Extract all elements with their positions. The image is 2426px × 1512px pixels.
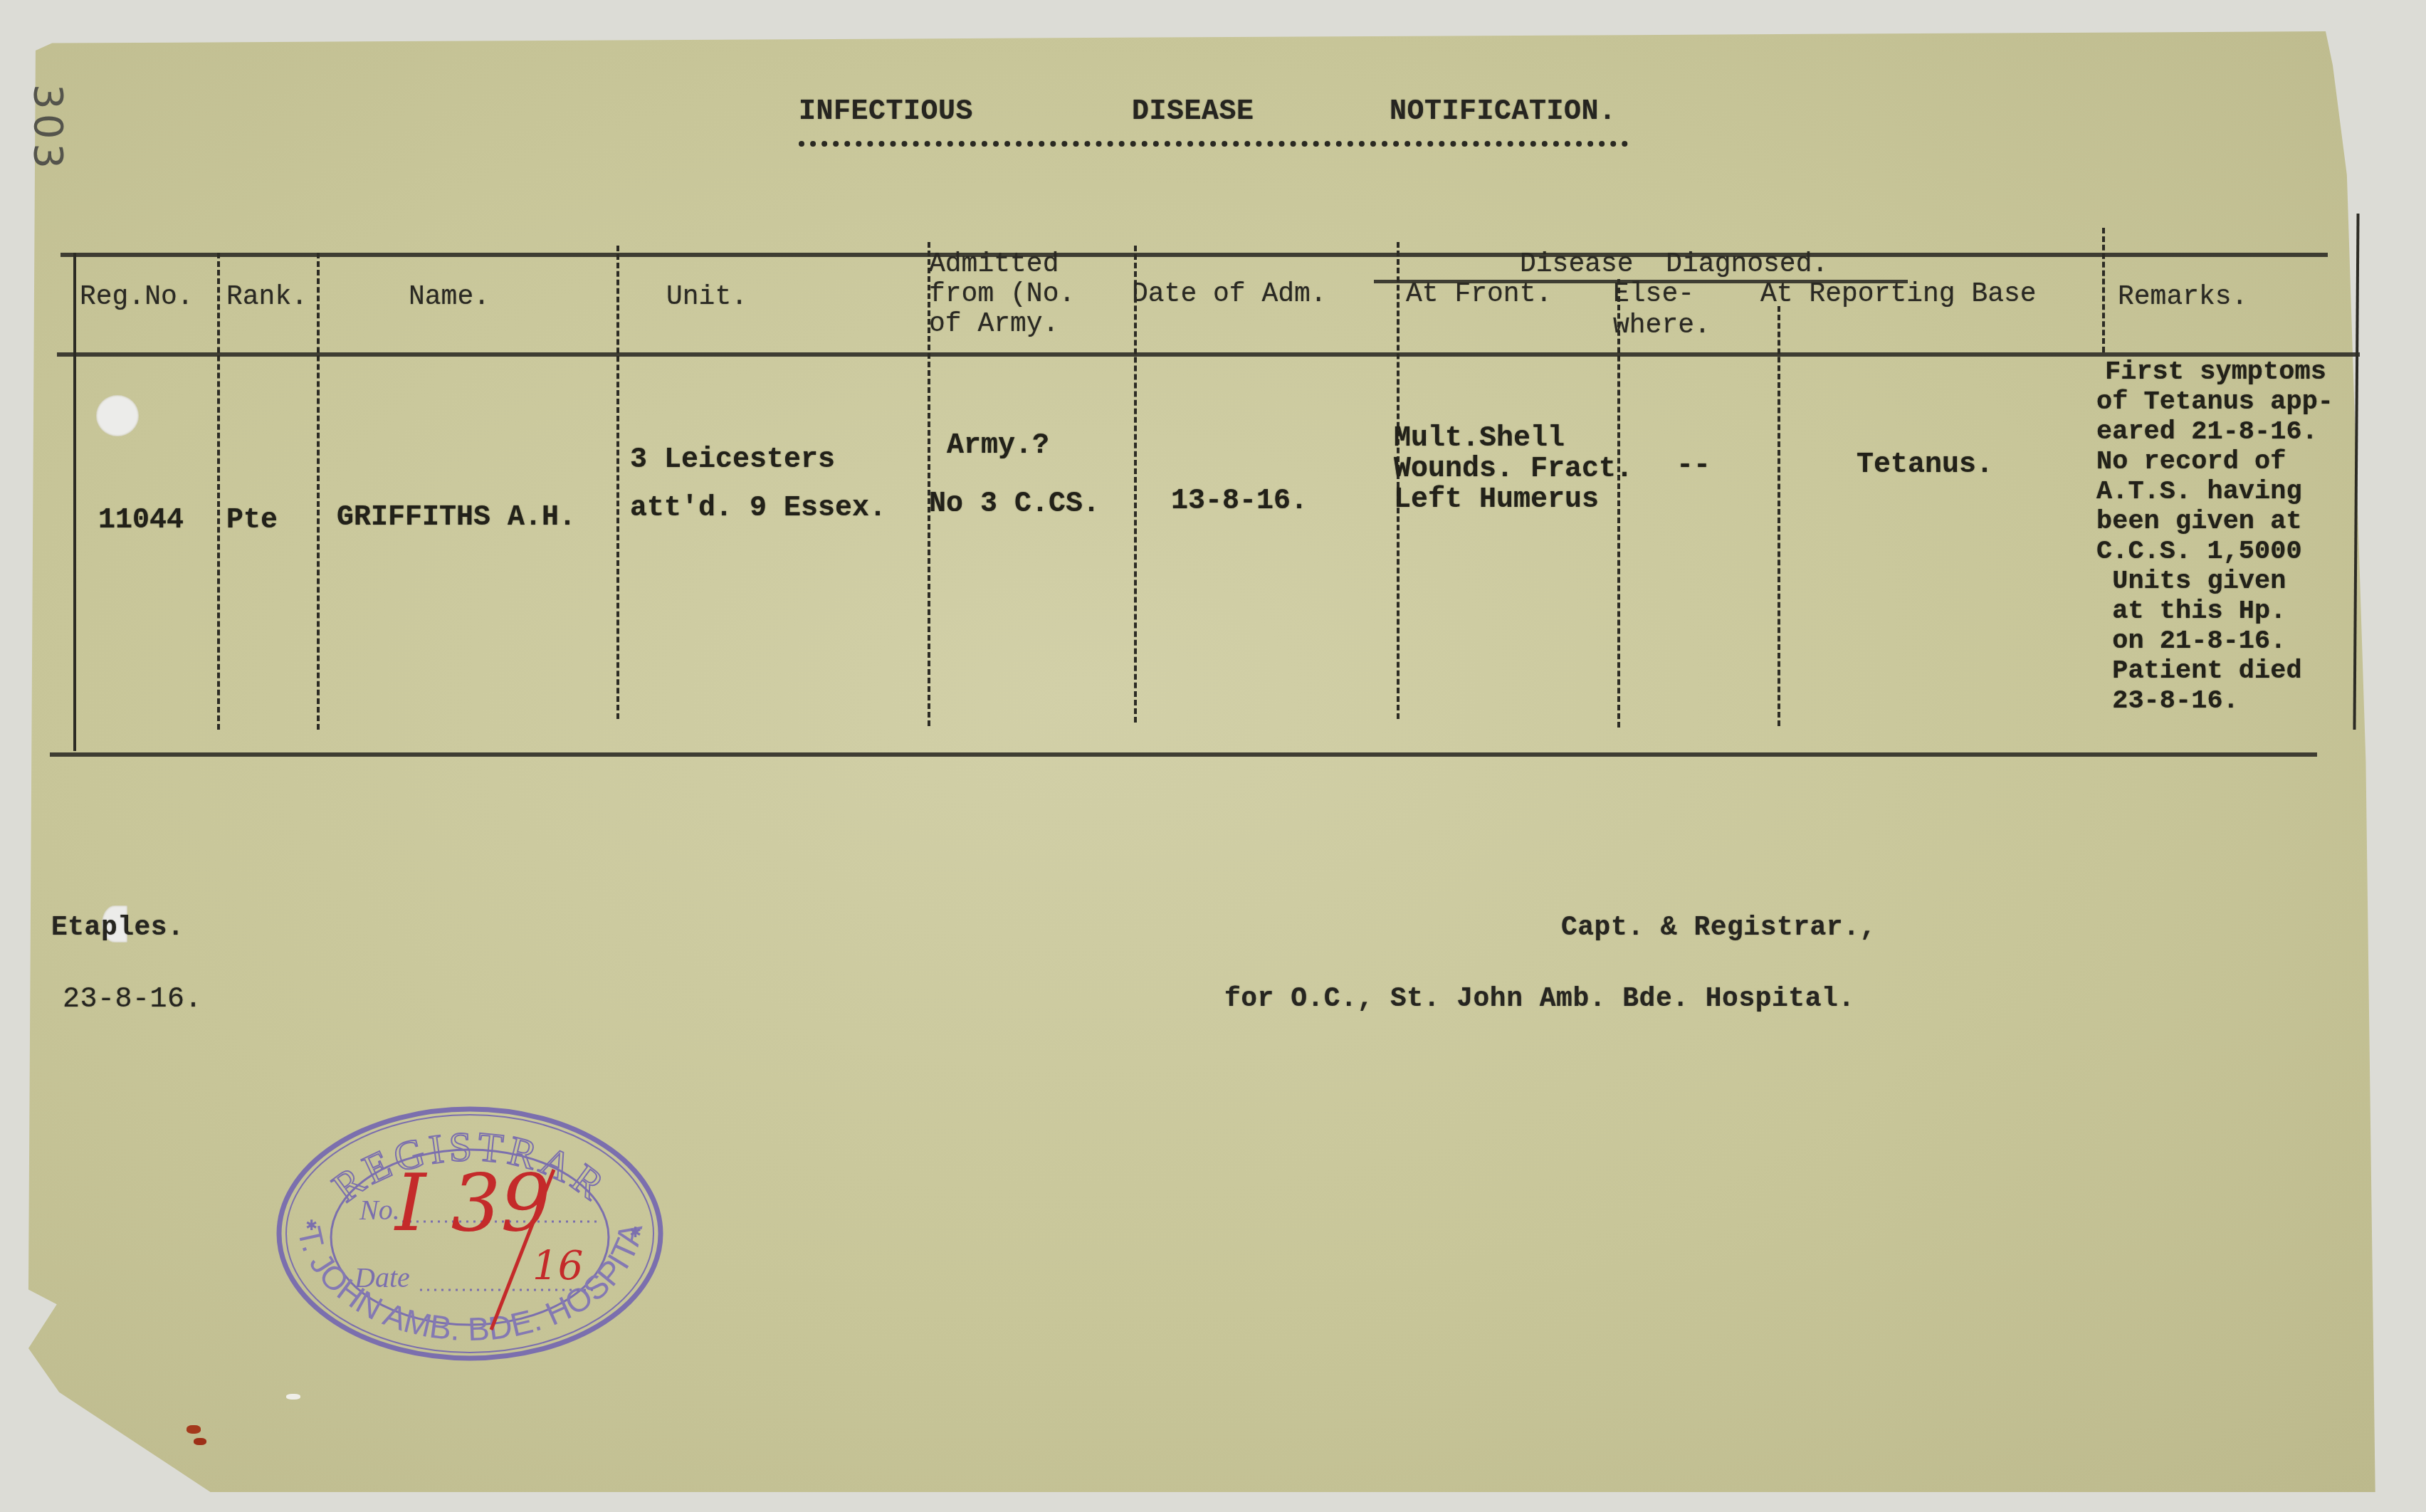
header-name: Name. bbox=[409, 282, 490, 313]
col-divider bbox=[317, 253, 320, 730]
footer-place: Etaples. bbox=[51, 915, 184, 942]
svg-text:✱: ✱ bbox=[630, 1222, 641, 1243]
col-divider bbox=[2102, 228, 2105, 352]
header-unit: Unit. bbox=[666, 282, 747, 313]
table-left-border bbox=[73, 253, 76, 751]
title-word-notification: NOTIFICATION. bbox=[1390, 98, 1617, 127]
col-divider bbox=[1778, 306, 1780, 726]
punch-hole bbox=[96, 395, 139, 436]
cell-reg-no: 11044 bbox=[98, 505, 184, 536]
header-remarks: Remarks. bbox=[2118, 282, 2247, 313]
header-bottom-rule bbox=[57, 352, 2360, 357]
handwritten-register-number: I 39 bbox=[395, 1157, 550, 1249]
rust-stain bbox=[187, 1425, 201, 1434]
cell-rank: Pte bbox=[226, 505, 278, 536]
header-date-of-adm: Date of Adm. bbox=[1132, 279, 1327, 310]
col-divider bbox=[1617, 279, 1620, 728]
header-reg-no: Reg.No. bbox=[80, 282, 194, 313]
header-disease-diagnosed: Disease Diagnosed. bbox=[1520, 249, 1828, 280]
footer-date: 23-8-16. bbox=[63, 986, 202, 1014]
title-underline bbox=[799, 141, 1628, 147]
cell-at-reporting-base: Tetanus. bbox=[1857, 450, 1993, 481]
handwritten-register-year: 16 bbox=[532, 1243, 583, 1289]
registrar-stamp: REGISTRAR ST. JOHN AMB. BDE. HOSPITAL ✱ … bbox=[271, 1102, 669, 1365]
title-word-infectious: INFECTIOUS bbox=[799, 98, 973, 127]
svg-text:✱: ✱ bbox=[306, 1214, 317, 1236]
signatory-for: for O.C., St. John Amb. Bde. Hospital. bbox=[1224, 986, 1855, 1013]
paper-tear bbox=[286, 1394, 300, 1400]
cell-elsewhere: -- bbox=[1676, 451, 1711, 481]
header-at-reporting-base: At Reporting Base bbox=[1760, 279, 2037, 310]
col-divider bbox=[1134, 246, 1137, 723]
title-word-disease: DISEASE bbox=[1132, 98, 1254, 127]
handwritten-archive-number: 303 bbox=[25, 84, 71, 173]
table-top-rule bbox=[61, 253, 2328, 257]
rust-stain bbox=[194, 1438, 206, 1445]
col-divider bbox=[217, 253, 220, 730]
header-rank: Rank. bbox=[226, 282, 308, 313]
header-at-front: At Front. bbox=[1406, 279, 1552, 310]
cell-date-of-adm: 13-8-16. bbox=[1171, 486, 1308, 517]
cell-name: GRIFFITHS A.H. bbox=[337, 503, 576, 533]
col-divider bbox=[616, 246, 619, 719]
svg-text:No.: No. bbox=[359, 1194, 400, 1226]
svg-text:Date: Date bbox=[354, 1261, 410, 1293]
signatory-title: Capt. & Registrar., bbox=[1561, 915, 1876, 942]
table-bottom-rule bbox=[50, 752, 2317, 757]
